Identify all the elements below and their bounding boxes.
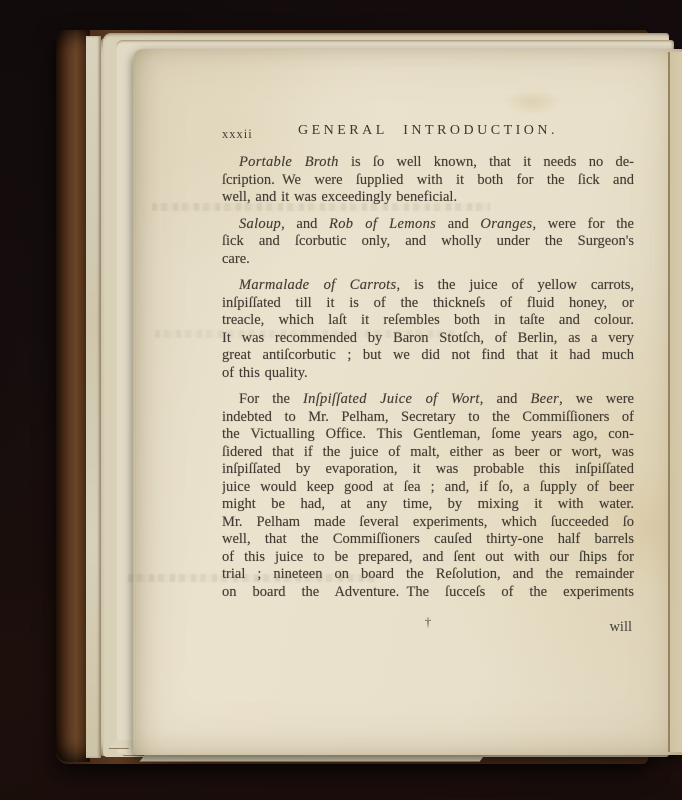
text-line: care. (222, 251, 634, 269)
text-segment: , were for the (532, 216, 634, 232)
italic-term: Saloup (239, 216, 281, 232)
text-segment: ſcription. We were ſupplied with it both… (222, 172, 634, 188)
text-line: of this quality. (222, 365, 634, 383)
photo-background: xxxii GENERAL INTRODUCTION. Portable Bro… (0, 0, 682, 800)
text-line: Portable Broth is ſo well known, that it… (222, 154, 634, 172)
signature-mark: † (222, 614, 634, 630)
show-through-text (155, 330, 455, 338)
paper-stain (503, 89, 563, 115)
text-segment: , is the juice of yellow carrots, (396, 277, 634, 293)
italic-term: Marmalade of Carrots (239, 277, 396, 293)
text-segment: For the (239, 391, 303, 407)
text-segment: ſick and ſcorbutic only, and wholly unde… (222, 233, 634, 249)
text-segment: , we were (559, 391, 634, 407)
text-line: the Victualling Office. This Gentleman, … (222, 426, 634, 444)
page-edges-bottom (139, 755, 484, 762)
paragraph: Portable Broth is ſo well known, that it… (222, 154, 634, 207)
show-through-text (152, 203, 490, 211)
text-segment: , and (281, 216, 329, 232)
text-line: For the Inſpiſſated Juice of Wort, and B… (222, 391, 634, 409)
text-segment: on board the Adventure. The ſucceſs of t… (222, 584, 634, 600)
adjacent-page-edge (668, 52, 682, 752)
text-line: Marmalade of Carrots, is the juice of ye… (222, 277, 634, 295)
text-segment: care. (222, 251, 250, 267)
text-line: inſpiſſated till it is of the thickneſs … (222, 295, 634, 313)
text-segment: inſpiſſated by evaporation, it was proba… (222, 461, 634, 477)
italic-term: Portable Broth (239, 154, 339, 170)
text-block: xxxii GENERAL INTRODUCTION. Portable Bro… (222, 123, 634, 634)
body-text: Portable Broth is ſo well known, that it… (222, 154, 634, 601)
italic-term: Beer (531, 391, 560, 407)
text-line: Saloup, and Rob of Lemons and Oranges, w… (222, 216, 634, 234)
text-segment: the Victualling Office. This Gentleman, … (222, 426, 634, 442)
text-line: ſidered that if the juice of malt, eithe… (222, 444, 634, 462)
text-segment: is ſo well known, that it needs no de- (339, 154, 634, 170)
text-segment: Mr. Pelham made ſeveral experiments, whi… (222, 514, 634, 530)
text-segment: ſidered that if the juice of malt, eithe… (222, 444, 634, 460)
text-line: of this juice to be prepared, and ſent o… (222, 549, 634, 567)
text-segment: might be had, at any time, by mixing it … (222, 496, 634, 512)
text-line: great antiſcorbutic ; but we did not fin… (222, 347, 634, 365)
text-segment: inſpiſſated till it is of the thickneſs … (222, 295, 634, 311)
paragraph: Saloup, and Rob of Lemons and Oranges, w… (222, 216, 634, 269)
text-line: treacle, which laſt it reſembles both in… (222, 312, 634, 330)
text-segment: of this quality. (222, 365, 308, 381)
text-line: on board the Adventure. The ſucceſs of t… (222, 584, 634, 602)
text-line: indebted to Mr. Pelham, Secretary to the… (222, 409, 634, 427)
book-page: xxxii GENERAL INTRODUCTION. Portable Bro… (133, 49, 682, 755)
text-line: well, that the Commiſſioners cauſed thir… (222, 531, 634, 549)
text-segment: treacle, which laſt it reſembles both in… (222, 312, 634, 328)
text-segment: of this juice to be prepared, and ſent o… (222, 549, 634, 565)
text-segment: indebted to Mr. Pelham, Secretary to the… (222, 409, 634, 425)
text-line: ſick and ſcorbutic only, and wholly unde… (222, 233, 634, 251)
text-segment: well, that the Commiſſioners cauſed thir… (222, 531, 634, 547)
book-spine (56, 30, 90, 762)
text-line: ſcription. We were ſupplied with it both… (222, 172, 634, 190)
catchword: will (609, 619, 632, 636)
italic-term: Inſpiſſated Juice of Wort (303, 391, 480, 407)
text-line: Mr. Pelham made ſeveral experiments, whi… (222, 514, 634, 532)
page-footer: † will (222, 614, 634, 634)
page-header: xxxii GENERAL INTRODUCTION. (222, 123, 634, 145)
running-title: GENERAL INTRODUCTION. (222, 123, 634, 139)
paragraph: For the Inſpiſſated Juice of Wort, and B… (222, 391, 634, 601)
folio-page-number: xxxii (222, 127, 253, 142)
text-line: inſpiſſated by evaporation, it was proba… (222, 461, 634, 479)
text-segment: juice would keep good at ſea ; and, if ſ… (222, 479, 634, 495)
text-line: might be had, at any time, by mixing it … (222, 496, 634, 514)
text-segment: and (436, 216, 480, 232)
text-segment: , and (480, 391, 531, 407)
text-line: juice would keep good at ſea ; and, if ſ… (222, 479, 634, 497)
show-through-text (128, 574, 376, 582)
spine-worn-edge (86, 36, 101, 758)
italic-term: Oranges (480, 216, 532, 232)
italic-term: Rob of Lemons (329, 216, 436, 232)
text-segment: great antiſcorbutic ; but we did not fin… (222, 347, 634, 363)
